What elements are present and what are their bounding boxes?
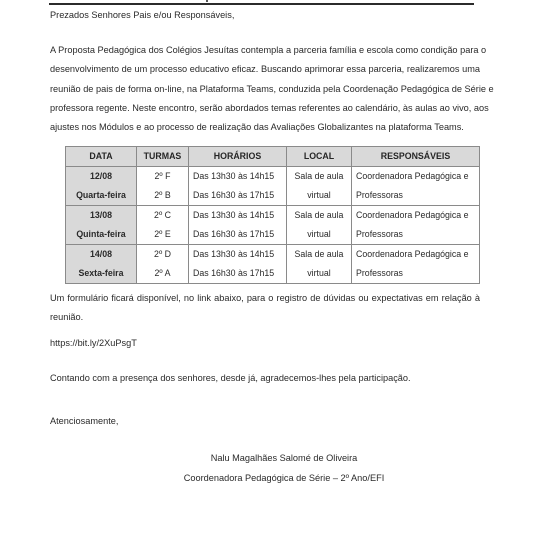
weekday-cell: Quarta-feira (66, 186, 137, 206)
horario-cell: Das 13h30 às 14h15 (189, 245, 287, 265)
horario-cell: Das 16h30 às 17h15 (189, 186, 287, 206)
header-divider (49, 3, 474, 5)
weekday-cell: Quinta-feira (66, 225, 137, 245)
local-cell: Sala de aula (287, 245, 352, 265)
responsaveis-cell: Professoras (352, 186, 480, 206)
date-cell: 12/08 (66, 167, 137, 187)
table-header-row: DATA TURMAS HORÁRIOS LOCAL RESPONSÁVEIS (66, 147, 480, 167)
table-row: 12/08 2º F Das 13h30 às 14h15 Sala de au… (66, 167, 480, 187)
responsaveis-cell: Professoras (352, 225, 480, 245)
turma-cell: 2º B (137, 186, 189, 206)
meeting-schedule-table: DATA TURMAS HORÁRIOS LOCAL RESPONSÁVEIS … (65, 146, 480, 284)
signature-name: Nalu Magalhães Salomé de Oliveira (0, 449, 540, 468)
weekday-cell: Sexta-feira (66, 264, 137, 284)
date-cell: 13/08 (66, 206, 137, 226)
header-data: DATA (66, 147, 137, 167)
turma-cell: 2º C (137, 206, 189, 226)
responsaveis-cell: Coordenadora Pedagógica e (352, 167, 480, 187)
horario-cell: Das 16h30 às 17h15 (189, 225, 287, 245)
date-cell: 14/08 (66, 245, 137, 265)
horario-cell: Das 16h30 às 17h15 (189, 264, 287, 284)
horario-cell: Das 13h30 às 14h15 (189, 167, 287, 187)
table-row: 14/08 2º D Das 13h30 às 14h15 Sala de au… (66, 245, 480, 265)
header-responsaveis: RESPONSÁVEIS (352, 147, 480, 167)
form-line: reunião. (50, 308, 480, 327)
turma-cell: 2º E (137, 225, 189, 245)
header-turmas: TURMAS (137, 147, 189, 167)
table-row: Sexta-feira 2º A Das 16h30 às 17h15 virt… (66, 264, 480, 284)
local-cell: virtual (287, 225, 352, 245)
thanks-paragraph: Contando com a presença dos senhores, de… (50, 369, 411, 388)
form-link[interactable]: https://bit.ly/2XuPsgT (50, 334, 137, 353)
intro-line: professora regente. Neste encontro, serã… (50, 99, 480, 118)
closing: Atenciosamente, (50, 412, 118, 431)
table-row: 13/08 2º C Das 13h30 às 14h15 Sala de au… (66, 206, 480, 226)
header-local: LOCAL (287, 147, 352, 167)
turma-cell: 2º F (137, 167, 189, 187)
table-row: Quarta-feira 2º B Das 16h30 às 17h15 vir… (66, 186, 480, 206)
table-row: Quinta-feira 2º E Das 16h30 às 17h15 vir… (66, 225, 480, 245)
local-cell: virtual (287, 186, 352, 206)
header-horarios: HORÁRIOS (189, 147, 287, 167)
header-remnant-mark (206, 0, 208, 2)
intro-paragraph: A Proposta Pedagógica dos Colégios Jesuí… (50, 41, 480, 137)
intro-line: reunião de pais de forma on-line, na Pla… (50, 80, 480, 99)
intro-line: ajustes nos Módulos e ao processo de rea… (50, 118, 480, 137)
signature-role: Coordenadora Pedagógica de Série – 2º An… (0, 469, 540, 488)
form-paragraph: Um formulário ficará disponível, no link… (50, 289, 480, 328)
intro-line: desenvolvimento de um processo educativo… (50, 60, 480, 79)
turma-cell: 2º A (137, 264, 189, 284)
turma-cell: 2º D (137, 245, 189, 265)
greeting: Prezados Senhores Pais e/ou Responsáveis… (50, 6, 234, 25)
local-cell: virtual (287, 264, 352, 284)
local-cell: Sala de aula (287, 167, 352, 187)
responsaveis-cell: Professoras (352, 264, 480, 284)
local-cell: Sala de aula (287, 206, 352, 226)
responsaveis-cell: Coordenadora Pedagógica e (352, 245, 480, 265)
horario-cell: Das 13h30 às 14h15 (189, 206, 287, 226)
intro-line: A Proposta Pedagógica dos Colégios Jesuí… (50, 41, 480, 60)
responsaveis-cell: Coordenadora Pedagógica e (352, 206, 480, 226)
form-line: Um formulário ficará disponível, no link… (50, 289, 480, 308)
